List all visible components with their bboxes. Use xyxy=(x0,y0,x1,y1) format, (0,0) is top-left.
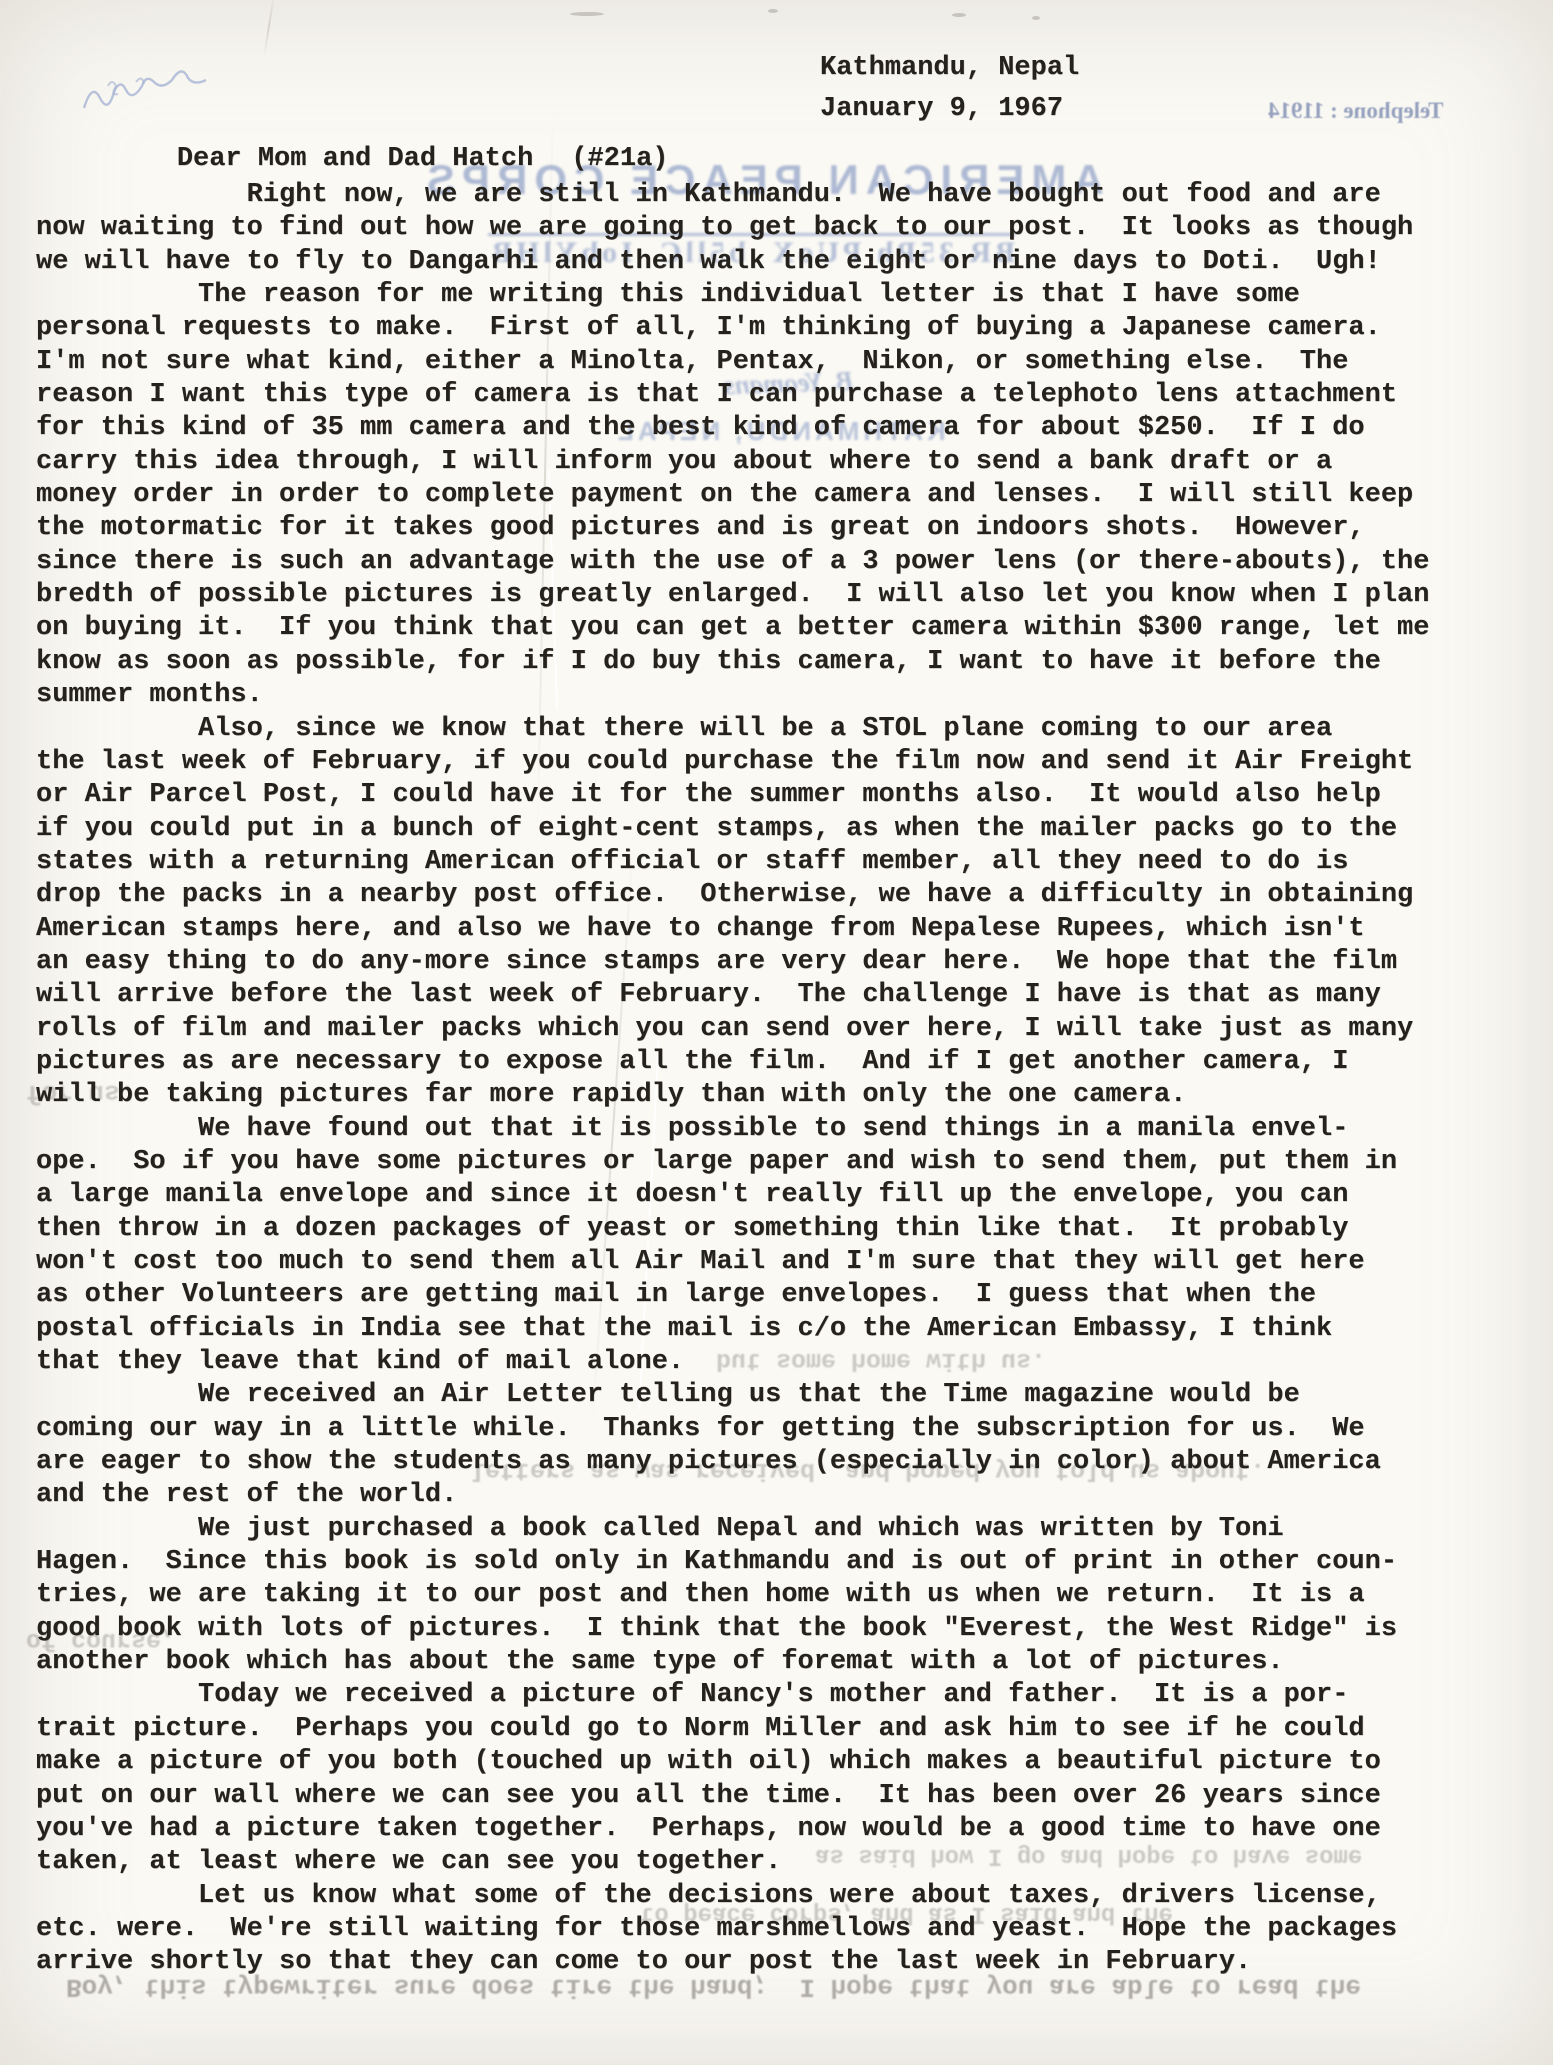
letter-line: bredth of possible pictures is greatly e… xyxy=(36,580,1429,613)
letter-line: Today we received a picture of Nancy's m… xyxy=(36,1680,1429,1713)
letter-line: pictures as are necessary to expose all … xyxy=(36,1047,1429,1080)
letter-line: summer months. xyxy=(36,680,1429,713)
letter-line: ope. So if you have some pictures or lar… xyxy=(36,1147,1429,1180)
telephone-ghost: Telephone : 11914 xyxy=(1268,98,1444,124)
paper-speck xyxy=(768,9,778,13)
letter-line: trait picture. Perhaps you could go to N… xyxy=(36,1714,1429,1747)
date-line: January 9, 1967 xyxy=(820,93,1063,126)
letter-number: (#21a) xyxy=(571,144,668,174)
letter-line: now waiting to find out how we are going… xyxy=(36,213,1429,246)
letter-line: arrive shortly so that they can come to … xyxy=(36,1947,1429,1980)
letter-line: The reason for me writing this individua… xyxy=(36,280,1429,313)
letter-line: taken, at least where we can see you tog… xyxy=(36,1847,1429,1880)
letter-line: for this kind of 35 mm camera and the be… xyxy=(36,413,1429,446)
letter-line: We just purchased a book called Nepal an… xyxy=(36,1514,1429,1547)
letter-line: the motormatic for it takes good picture… xyxy=(36,513,1429,546)
letter-line: drop the packs in a nearby post office. … xyxy=(36,880,1429,913)
letter-line: Let us know what some of the decisions w… xyxy=(36,1881,1429,1914)
letter-line: and the rest of the world. xyxy=(36,1480,1429,1513)
paper-speck xyxy=(570,12,604,16)
letter-line: personal requests to make. First of all,… xyxy=(36,313,1429,346)
letter-line: won't cost too much to send them all Air… xyxy=(36,1247,1429,1280)
letter-line: know as soon as possible, for if I do bu… xyxy=(36,647,1429,680)
letter-line: that they leave that kind of mail alone. xyxy=(36,1347,1429,1380)
letter-line: I'm not sure what kind, either a Minolta… xyxy=(36,347,1429,380)
letter-line: reason I want this type of camera is tha… xyxy=(36,380,1429,413)
letter-line: tries, we are taking it to our post and … xyxy=(36,1580,1429,1613)
letter-line: states with a returning American officia… xyxy=(36,847,1429,880)
letter-line: the last week of February, if you could … xyxy=(36,747,1429,780)
letter-line: Hagen. Since this book is sold only in K… xyxy=(36,1547,1429,1580)
paper-speck xyxy=(952,13,966,17)
letter-line: we will have to fly to Dangarhi and then… xyxy=(36,247,1429,280)
letter-line: etc. were. We're still waiting for those… xyxy=(36,1914,1429,1947)
letter-line: put on our wall where we can see you all… xyxy=(36,1781,1429,1814)
letter-line: Right now, we are still in Kathmandu. We… xyxy=(36,180,1429,213)
letter-line: postal officials in India see that the m… xyxy=(36,1314,1429,1347)
letter-line: We have found out that it is possible to… xyxy=(36,1114,1429,1147)
letter-line: then throw in a dozen packages of yeast … xyxy=(36,1214,1429,1247)
letter-line: you've had a picture taken together. Per… xyxy=(36,1814,1429,1847)
letter-line: money order in order to complete payment… xyxy=(36,480,1429,513)
letter-line: will be taking pictures far more rapidly… xyxy=(36,1080,1429,1113)
letter-line: an easy thing to do any-more since stamp… xyxy=(36,947,1429,980)
letter-line: coming our way in a little while. Thanks… xyxy=(36,1414,1429,1447)
letter-line: American stamps here, and also we have t… xyxy=(36,914,1429,947)
letter-line: or Air Parcel Post, I could have it for … xyxy=(36,780,1429,813)
letter-line: a large manila envelope and since it doe… xyxy=(36,1180,1429,1213)
letter-line: good book with lots of pictures. I think… xyxy=(36,1614,1429,1647)
letter-line: as other Volunteers are getting mail in … xyxy=(36,1280,1429,1313)
letter-line: rolls of film and mailer packs which you… xyxy=(36,1014,1429,1047)
letter-line: will arrive before the last week of Febr… xyxy=(36,980,1429,1013)
paper-speck xyxy=(1032,16,1040,20)
paper-crease xyxy=(263,0,275,58)
letter-line: on buying it. If you think that you can … xyxy=(36,613,1429,646)
letter-line: another book which has about the same ty… xyxy=(36,1647,1429,1680)
letter-line: since there is such an advantage with th… xyxy=(36,547,1429,580)
letter-line: We received an Air Letter telling us tha… xyxy=(36,1380,1429,1413)
letter-line: carry this idea through, I will inform y… xyxy=(36,447,1429,480)
letter-line: Also, since we know that there will be a… xyxy=(36,714,1429,747)
salutation: Dear Mom and Dad Hatch xyxy=(177,144,533,174)
letter-line: make a picture of you both (touched up w… xyxy=(36,1747,1429,1780)
letter-line: are eager to show the students as many p… xyxy=(36,1447,1429,1480)
letter-body: Right now, we are still in Kathmandu. We… xyxy=(36,180,1429,1981)
location-line: Kathmandu, Nepal xyxy=(820,52,1079,85)
letter-line: if you could put in a bunch of eight-cen… xyxy=(36,814,1429,847)
letter-page: AMERICAN PEACE CORPS BR 35Ph PUoX b5llC … xyxy=(0,0,1553,2065)
